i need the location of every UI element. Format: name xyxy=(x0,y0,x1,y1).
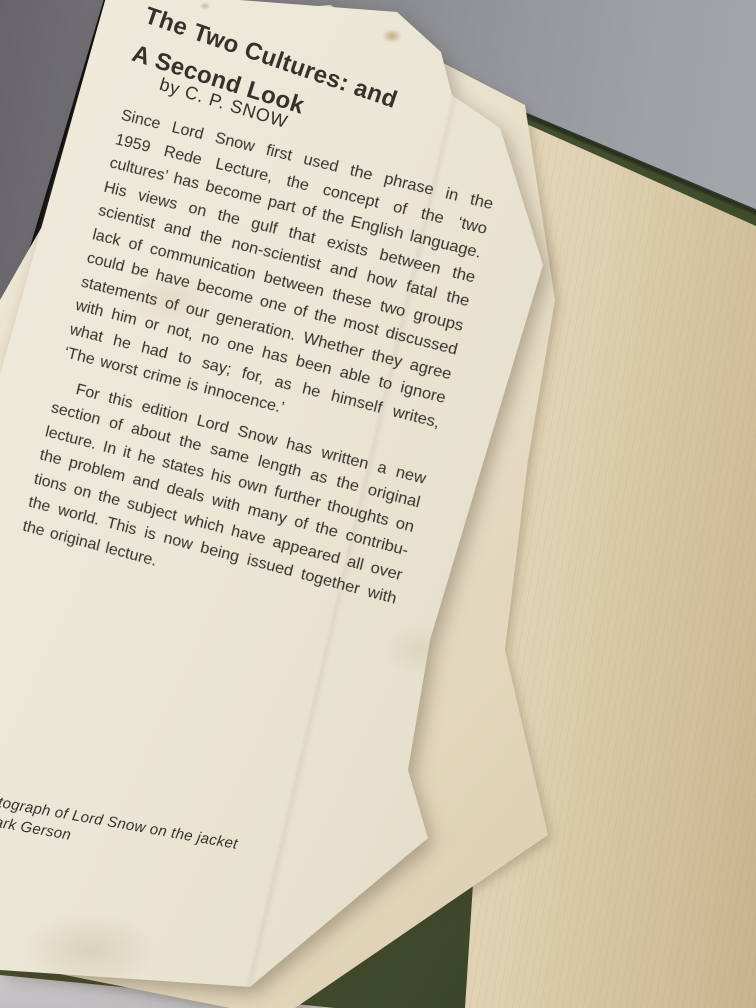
book-photo: The Two Cultures: and A Second Look by C… xyxy=(0,0,756,1008)
